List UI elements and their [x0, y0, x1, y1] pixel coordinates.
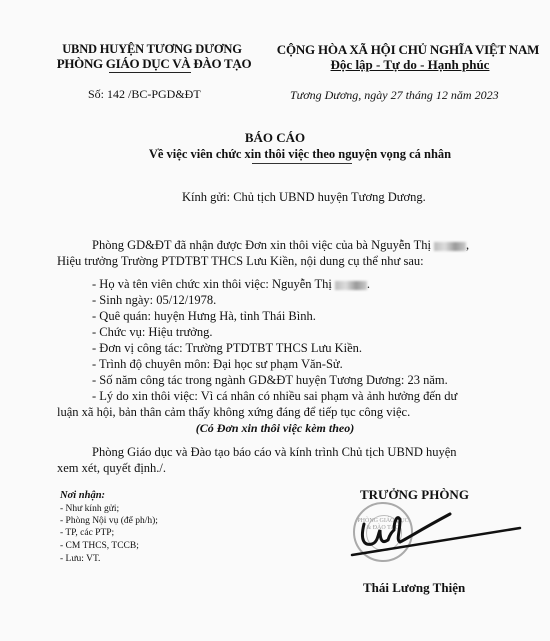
recipient-item: - TP, các PTP;	[60, 528, 114, 538]
signatory-title: TRƯỞNG PHÒNG	[360, 487, 469, 503]
greeting: Kính gửi: Chủ tịch UBND huyện Tương Dươn…	[182, 190, 426, 205]
paragraph-text: Phòng GD&ĐT đã nhận được Đơn xin thôi vi…	[92, 238, 431, 252]
detail-item-hometown: - Quê quán: huyện Hưng Hà, tỉnh Thái Bìn…	[92, 309, 316, 324]
subtitle-underline	[252, 163, 352, 164]
detail-item-reason-continued: luận xã hội, bản thân cảm thấy không xứn…	[57, 405, 410, 420]
recipient-item: - Phòng Nội vụ (để ph/h);	[60, 516, 158, 526]
detail-item-years: - Số năm công tác trong ngành GD&ĐT huyệ…	[92, 373, 448, 388]
issuer-authority: UBND HUYỆN TƯƠNG DƯƠNG	[57, 42, 247, 57]
detail-text: - Họ và tên viên chức xin thôi việc: Ngu…	[92, 277, 332, 291]
attachment-note: (Có Đơn xin thôi việc kèm theo)	[0, 421, 550, 436]
detail-item-qualification: - Trình độ chuyên môn: Đại học sư phạm V…	[92, 357, 343, 372]
detail-item-birthdate: - Sinh ngày: 05/12/1978.	[92, 293, 216, 308]
national-motto: Độc lập - Tự do - Hạnh phúc	[320, 57, 500, 73]
issuer-underline	[109, 72, 191, 73]
signer-name: Thái Lương Thiện	[363, 580, 465, 596]
paragraph-2-line-1: Phòng Giáo dục và Đào tạo báo cáo và kín…	[92, 445, 457, 460]
detail-item-position: - Chức vụ: Hiệu trưởng.	[92, 325, 213, 340]
detail-item-name: - Họ và tên viên chức xin thôi việc: Ngu…	[92, 277, 370, 292]
recipients-title: Nơi nhận:	[60, 490, 105, 501]
redacted-name	[434, 242, 466, 251]
national-title: CỘNG HÒA XÃ HỘI CHỦ NGHĨA VIỆT NAM	[266, 42, 550, 58]
paragraph-1-line-1: Phòng GD&ĐT đã nhận được Đơn xin thôi vi…	[92, 238, 469, 253]
recipient-item: - Lưu: VT.	[60, 554, 100, 564]
document-date: Tương Dương, ngày 27 tháng 12 năm 2023	[290, 88, 530, 103]
detail-item-reason: - Lý do xin thôi việc: Vì cá nhân có nhi…	[92, 389, 457, 404]
issuer-department: PHÒNG GIÁO DỤC VÀ ĐÀO TẠO	[50, 56, 258, 72]
document-reference: Số: 142 /BC-PGD&ĐT	[88, 87, 201, 102]
detail-item-workplace: - Đơn vị công tác: Trường PTDTBT THCS Lư…	[92, 341, 362, 356]
document-subtitle: Về việc viên chức xin thôi việc theo ngu…	[100, 147, 500, 162]
recipient-item: - CM THCS, TCCB;	[60, 541, 139, 551]
paragraph-1-line-2: Hiệu trưởng Trường PTDTBT THCS Lưu Kiền,…	[57, 254, 424, 269]
recipient-item: - Như kính gửi;	[60, 504, 119, 514]
paragraph-2-line-2: xem xét, quyết định./.	[57, 461, 166, 476]
signature-icon	[350, 510, 530, 560]
redacted-name	[335, 281, 367, 290]
document-title: BÁO CÁO	[0, 130, 550, 146]
